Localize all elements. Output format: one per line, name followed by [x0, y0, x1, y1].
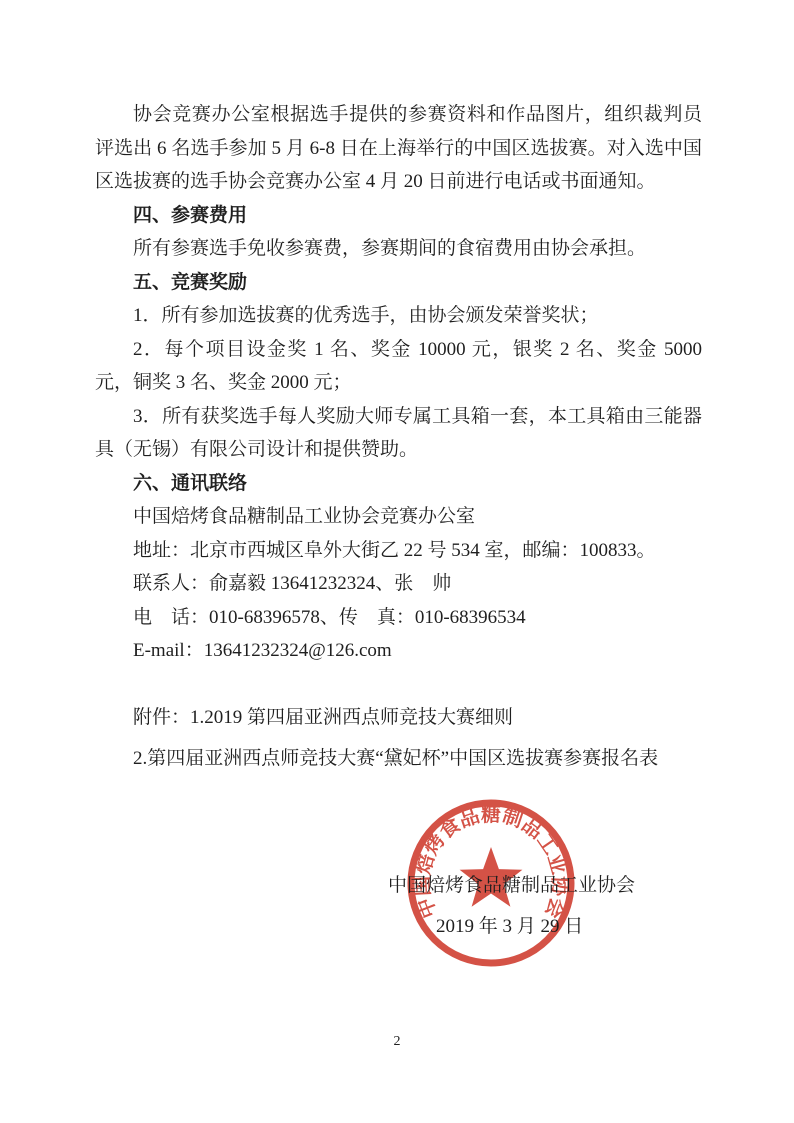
intro-paragraph: 协会竞赛办公室根据选手提供的参赛资料和作品图片，组织裁判员评选出 6 名选手参加… [95, 98, 702, 199]
award-item-2: 2．每个项目设金奖 1 名、奖金 10000 元，银奖 2 名、奖金 5000 … [95, 333, 702, 400]
award-item-1: 1．所有参加选拔赛的优秀选手，由协会颁发荣誉奖状； [95, 299, 702, 333]
attachment-line-1: 附件：1.2019 第四届亚洲西点师竞技大赛细则 [95, 697, 702, 738]
contact-phone-line: 电 话：010-68396578、传 真：010-68396534 [95, 601, 702, 635]
contact-person-line: 联系人：俞嘉毅 13641232324、张 帅 [95, 567, 702, 601]
contact-email-line: E-mail：13641232324@126.com [95, 634, 702, 668]
attachment-line-2: 2.第四届亚洲西点师竞技大赛“黛妃杯”中国区选拔赛参赛报名表 [95, 738, 702, 779]
section-fee-heading: 四、参赛费用 [95, 199, 702, 233]
signature-date: 2019 年 3 月 29 日 [436, 911, 583, 938]
award-item-3: 3．所有获奖选手每人奖励大师专属工具箱一套，本工具箱由三能器具（无锡）有限公司设… [95, 400, 702, 467]
attachments-block: 附件：1.2019 第四届亚洲西点师竞技大赛细则 2.第四届亚洲西点师竞技大赛“… [95, 697, 702, 779]
contact-org-line: 中国焙烤食品糖制品工业协会竞赛办公室 [95, 500, 702, 534]
document-body: 协会竞赛办公室根据选手提供的参赛资料和作品图片，组织裁判员评选出 6 名选手参加… [95, 98, 702, 779]
section-award-heading: 五、竞赛奖励 [95, 266, 702, 300]
section-contact-heading: 六、通讯联络 [95, 467, 702, 501]
section-fee-body: 所有参赛选手免收参赛费，参赛期间的食宿费用由协会承担。 [95, 232, 702, 266]
page-number: 2 [0, 1034, 794, 1050]
contact-address-line: 地址：北京市西城区阜外大街乙 22 号 534 室，邮编：100833。 [95, 534, 702, 568]
signature-organization: 中国焙烤食品糖制品工业协会 [388, 870, 635, 897]
document-page: 协会竞赛办公室根据选手提供的参赛资料和作品图片，组织裁判员评选出 6 名选手参加… [0, 0, 794, 1123]
